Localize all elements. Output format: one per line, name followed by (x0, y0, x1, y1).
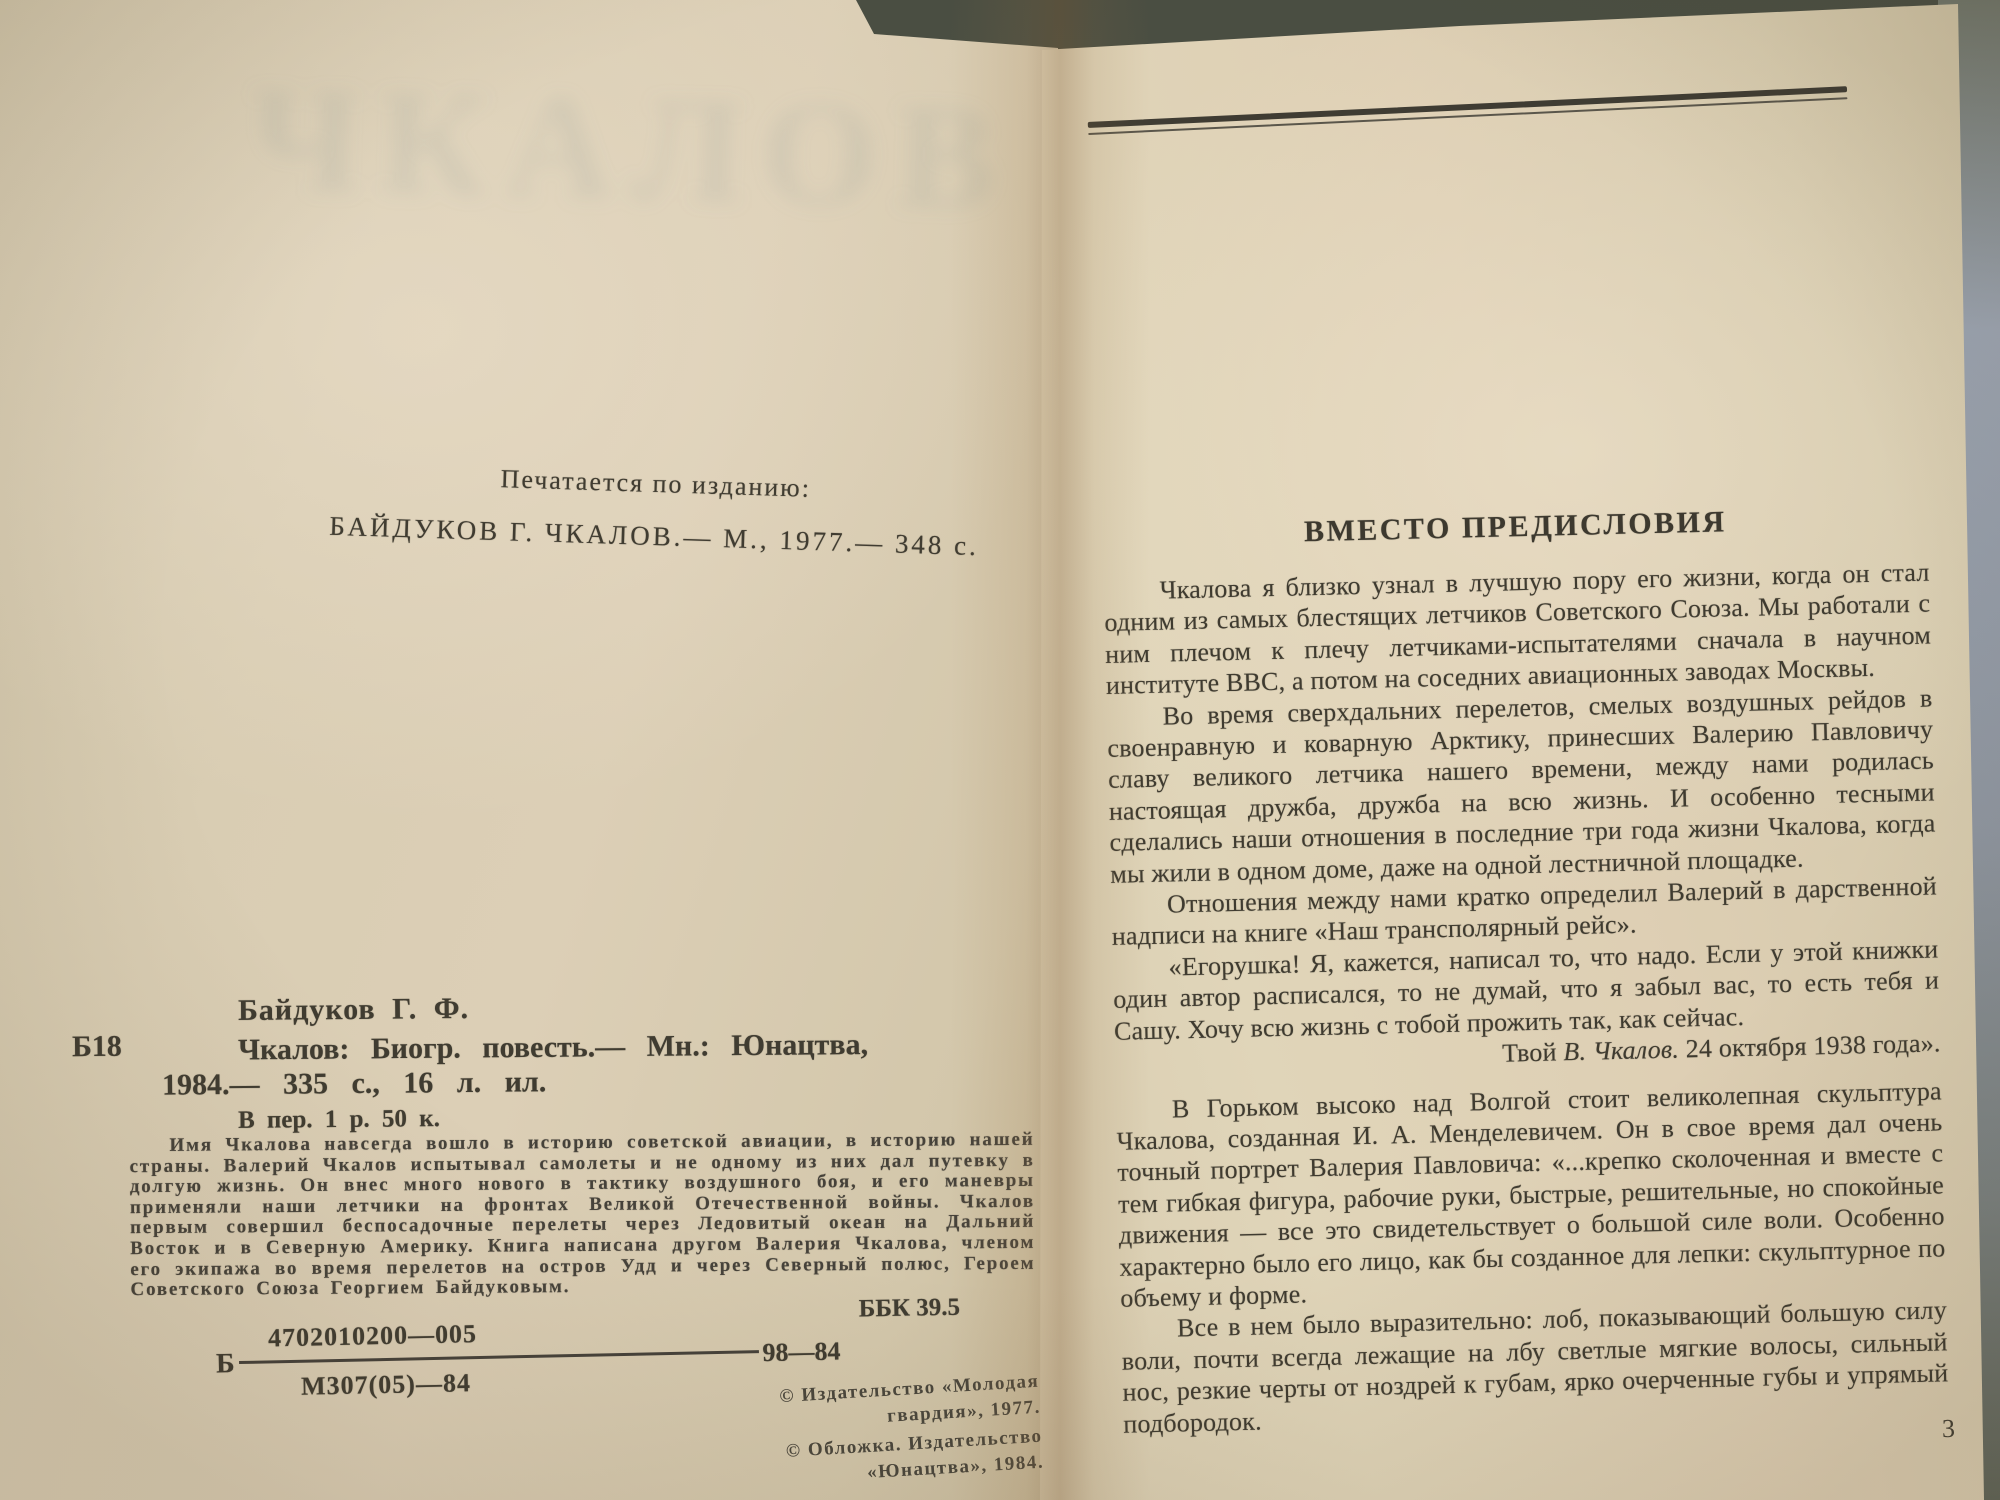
preface-paragraph: В Горьком высоко над Волгой стоит велико… (1116, 1075, 1947, 1314)
page-number: 3 (1942, 1414, 1956, 1444)
book-photo: ЧКАЛОВ Печатается по изданию: БАЙДУКОВ Г… (0, 0, 2000, 1500)
catalog-annotation: Имя Чкалова навсегда вошло в историю сов… (129, 1130, 1035, 1301)
preface-paragraph: Все в нем было выразительно: лоб, показы… (1121, 1295, 1950, 1440)
preface-text-block: ВМЕСТО ПРЕДИСЛОВИЯ Чкалова я близко узна… (1102, 501, 1949, 1440)
catalog-entry-line1: Чкалов: Биогр. повесть.— Мн.: Юнацтва, (238, 1027, 1038, 1068)
preface-paragraph: Чкалова я близко узнал в лучшую пору его… (1103, 557, 1932, 702)
preface-paragraph: Во время сверхдальних перелетов, смелых … (1106, 682, 1936, 890)
imprint-fraction: 4702010200—005 М307(05)—84 (238, 1313, 760, 1403)
show-through-smudge: ЧКАЛОВ (247, 53, 812, 278)
catalog-price: В пер. 1 р. 50 к. (238, 1105, 440, 1135)
imprint-suffix: 98—84 (762, 1336, 841, 1368)
copyright-text: Обложка. Издательство «Юнацтва», 1984. (801, 1426, 1045, 1483)
signature-rest: 24 октября 1938 года». (1679, 1028, 1941, 1063)
catalog-index-label: Б18 (72, 1030, 122, 1064)
signature-prefix: Твой (1502, 1037, 1564, 1067)
copyright-block: © Издательство «Молодая гвардия», 1977. … (723, 1369, 1045, 1498)
catalog-entry-line2: 1984.— 335 с., 16 л. ил. (162, 1065, 547, 1102)
copyright-symbol: © (785, 1440, 802, 1462)
catalog-author: Байдуков Г. Ф. (238, 992, 469, 1028)
copyright-symbol: © (779, 1385, 796, 1407)
imprint-prefix: Б (216, 1348, 235, 1380)
signature-name: В. Чкалов. (1563, 1035, 1679, 1067)
